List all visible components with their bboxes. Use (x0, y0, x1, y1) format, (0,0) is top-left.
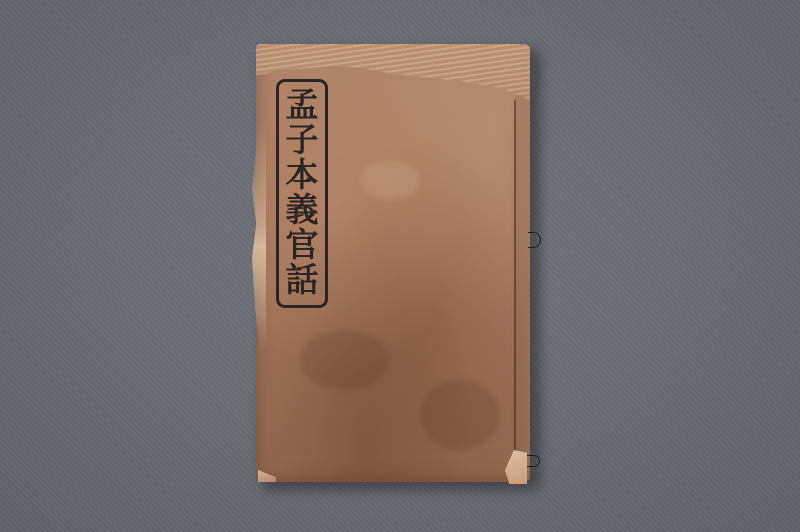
water-stain (420, 380, 500, 450)
title-character: 官 (286, 228, 319, 262)
water-stain (300, 330, 390, 390)
worn-left-edge (252, 120, 266, 350)
light-patch (360, 160, 420, 200)
spine-strip (515, 96, 530, 480)
title-character: 子 (286, 123, 319, 157)
title-character: 話 (286, 263, 319, 297)
binding-thread (527, 455, 540, 467)
title-character: 孟 (286, 88, 319, 122)
spine-fold-line (514, 100, 516, 460)
title-character: 義 (286, 193, 319, 227)
title-slip: 孟 子 本 義 官 話 (276, 79, 328, 308)
photograph: 孟 子 本 義 官 話 (0, 0, 800, 532)
title-character: 本 (286, 158, 319, 192)
